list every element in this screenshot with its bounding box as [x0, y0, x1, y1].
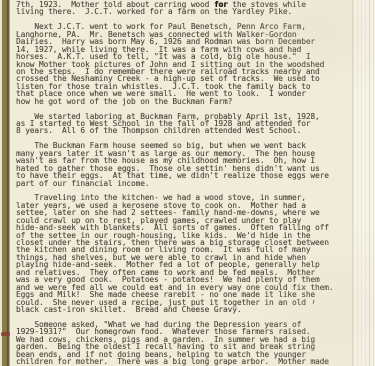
text-line: black cast-iron skillet. Bread and Chees…	[16, 306, 356, 313]
page-edge-line	[369, 0, 370, 366]
scanned-memoir-page: 7th, 1923. Mother told about carring woo…	[0, 0, 375, 366]
text-line: how he got word of the job on the Buckma…	[16, 98, 356, 105]
typewritten-text: 7th, 1923. Mother told about carring woo…	[16, 1, 356, 365]
text-line: 8 years. All 6 of the Thompson children …	[16, 127, 356, 134]
text-line: living there. J.C.T. worked for a farm o…	[16, 8, 356, 15]
text-line: children for mother. There was a big lon…	[16, 358, 356, 365]
text-line: part of our financial income.	[16, 180, 356, 187]
binding-red-mark	[1, 332, 10, 337]
book-binding-strip	[0, 0, 10, 366]
